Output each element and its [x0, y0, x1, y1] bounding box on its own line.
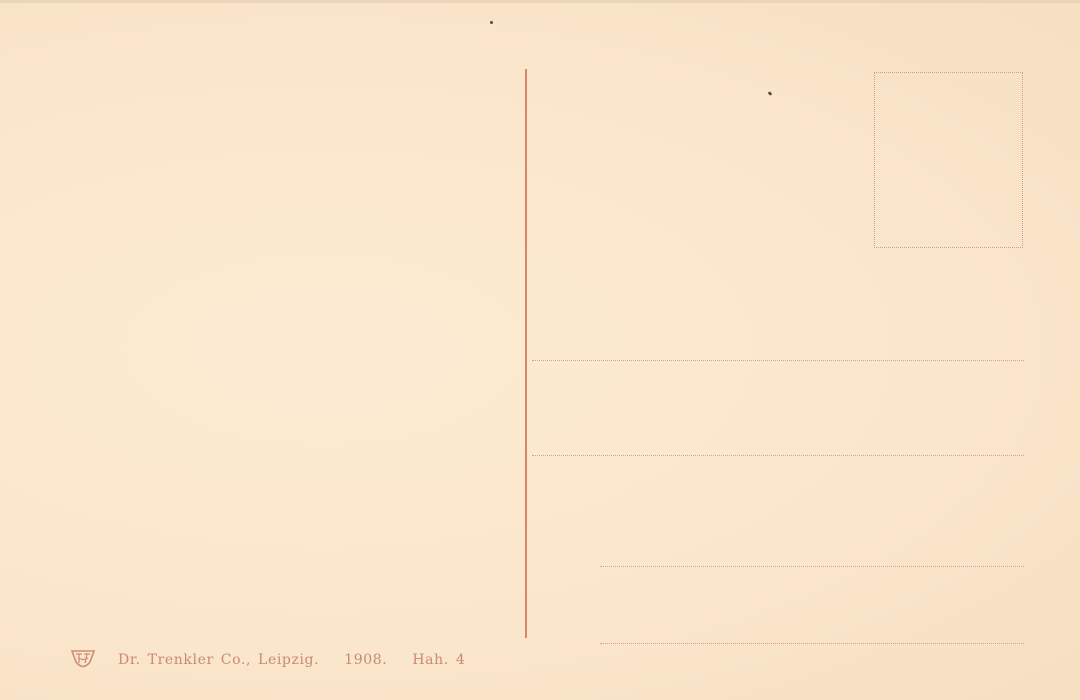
postcard-back: Dr. Trenkler Co., Leipzig. 1908. Hah. 4 — [0, 0, 1080, 700]
address-line-2 — [532, 455, 1024, 456]
paper-speck — [490, 21, 493, 24]
publisher-monogram-icon — [70, 648, 96, 672]
address-line-3 — [600, 566, 1024, 567]
message-address-divider — [525, 69, 527, 638]
stamp-placement-box — [874, 72, 1023, 248]
address-line-1 — [532, 360, 1024, 361]
publisher-imprint: Dr. Trenkler Co., Leipzig. 1908. Hah. 4 — [70, 648, 483, 672]
series-number: Hah. 4 — [412, 652, 465, 668]
address-line-4 — [600, 643, 1024, 644]
publisher-name: Dr. Trenkler Co., Leipzig. — [118, 652, 319, 668]
publication-year: 1908. — [344, 652, 387, 668]
paper-speck — [768, 91, 773, 96]
